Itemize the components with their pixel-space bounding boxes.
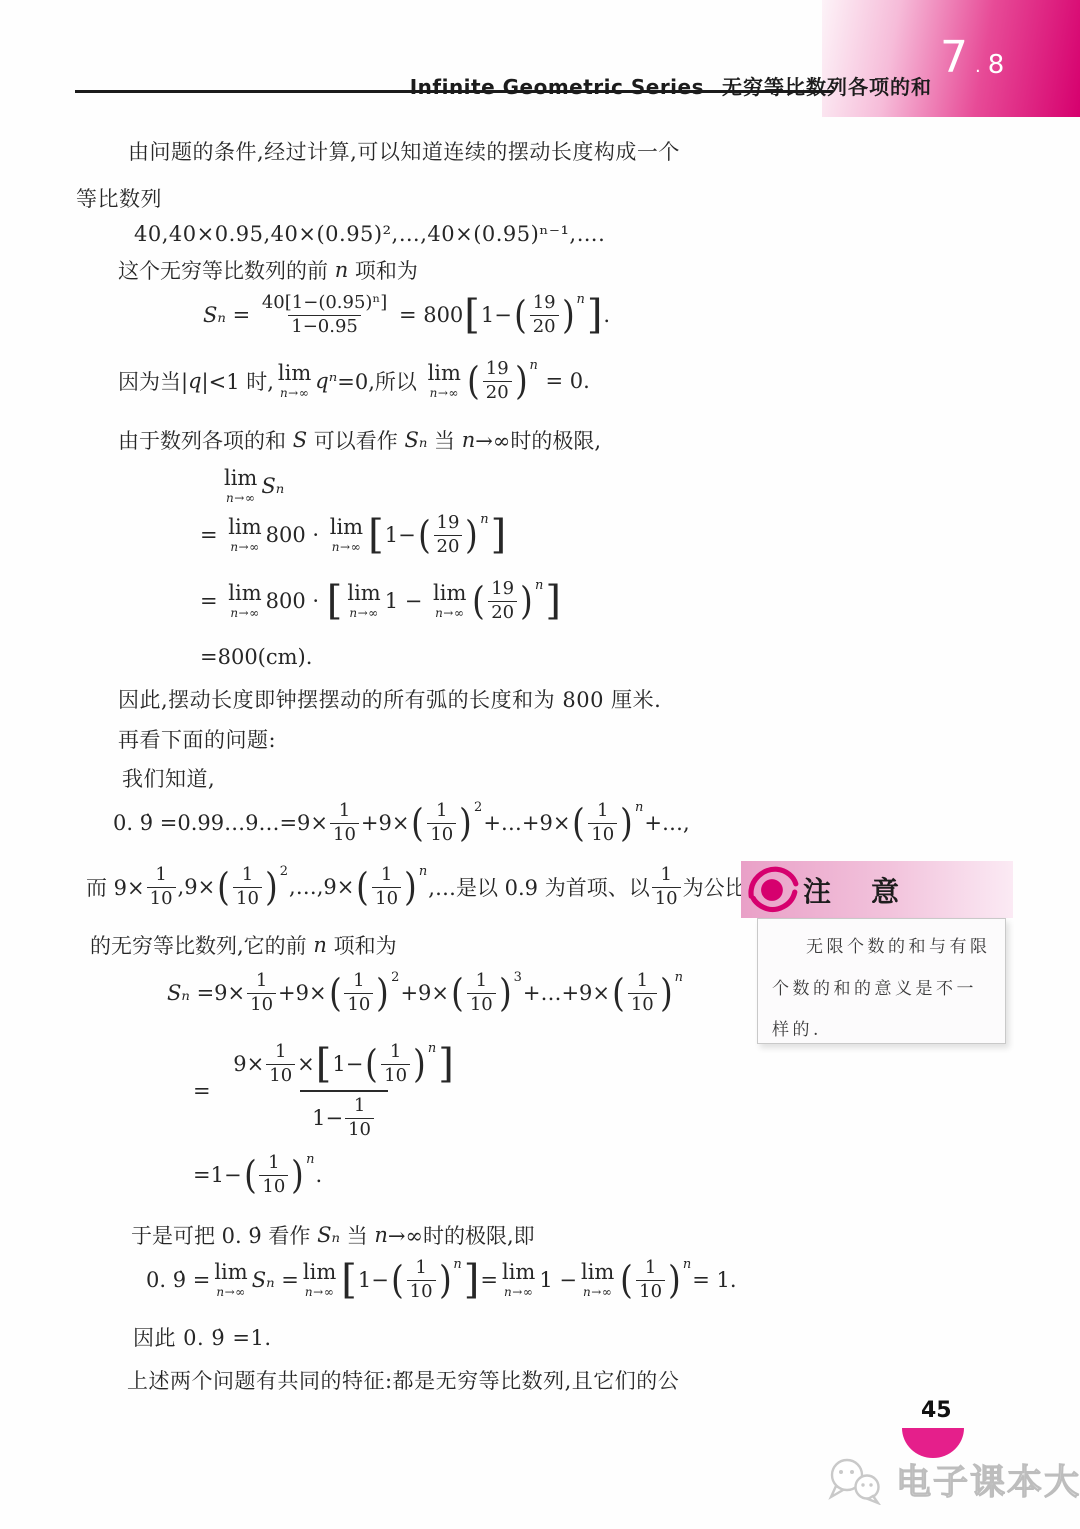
math-token: ( [418,519,431,551]
math-token: lim [347,583,380,604]
math-token: 3 [514,970,522,985]
math-token: ( [365,1048,378,1080]
math-token: (110)n [355,864,427,910]
math-token: ( [573,807,586,839]
math-token: n [529,358,537,373]
math-token: limn→∞ [502,1262,535,1298]
math-token: 10 [636,1280,665,1304]
math-token: 10 [588,823,617,847]
math-token: 110 [636,1257,665,1303]
math-token: 10 [345,1118,374,1142]
math-token: limn→∞ [303,1262,336,1298]
formula-result-800: =800(cm). [200,645,312,669]
section-number-major: 7 [940,36,968,80]
math-token: ) [499,977,512,1009]
math-token: n→∞ [216,1286,245,1298]
math-token: ] [587,298,603,332]
note-title: 注 意 [803,870,905,910]
math-token: 由于数列各项的和 [118,425,293,455]
math-token: =9× [190,981,245,1005]
paragraph-sum-as-limit: 由于数列各项的和 S 可以看作 Sₙ 当 n→∞时的极限, [118,425,601,455]
math-token: 1 − [385,589,429,613]
math-token: 这个无穷等比数列的前 [118,255,335,285]
math-token: 10 [427,823,456,847]
math-token: 10 [247,993,276,1017]
math-token: 10 [372,887,401,911]
header-title-en: Infinite Geometric Series [410,75,704,99]
math-token: ) [660,977,673,1009]
math-token: ,9× [178,875,216,899]
math-token: 1− [481,303,512,327]
formula-one-minus: =1−(110)n. [193,1152,322,1198]
math-token: ) [265,871,278,903]
math-token: (110)n [243,1152,315,1198]
math-token: |<1 时, [202,366,274,396]
math-token: ) [404,871,417,903]
header-title-zh: 无穷等比数列各项的和 [722,75,932,99]
math-token: 20 [483,381,512,405]
math-token: n [635,800,643,815]
math-token: 110 [266,1041,295,1087]
math-token: 19 [434,512,463,535]
math-token: 1 − [539,1268,577,1292]
math-token: ] [438,1047,454,1081]
math-token: 1 [350,970,367,993]
math-token: 1 [265,1152,282,1175]
math-token: lim [278,363,311,384]
math-token: 2 [280,864,288,879]
math-token: n [535,578,543,593]
math-token: 110 [628,970,657,1016]
math-token: Sₙ [317,1223,340,1247]
math-token: Sₙ [261,474,284,498]
math-token: 110 [407,1257,436,1303]
page-number: 45 [921,1398,952,1423]
math-token: limn→∞ [428,363,461,399]
math-token: 于是可把 0. 9̇ 看作 [131,1220,317,1250]
math-token: 1 [272,1041,289,1064]
math-token: 1920 [488,578,517,624]
math-token: q [188,369,201,393]
math-token: 可以看作 [307,425,404,455]
math-token: ] [491,518,507,552]
math-token: [ [316,1047,332,1081]
math-token: n→∞ [504,1286,533,1298]
math-token: = [480,1268,498,1292]
math-token: ) [413,1048,426,1080]
math-token: 20 [530,315,559,339]
math-token: +9× [361,811,410,835]
math-token: Sₙ [167,981,190,1005]
math-token: 10 [652,887,681,911]
math-token: 1−0.95 [288,315,361,339]
math-token: limn→∞ [228,517,261,553]
math-token: =1− [193,1163,242,1187]
math-token: ) [459,807,472,839]
math-token: ,…,9× [289,875,354,899]
math-token: 110 [588,800,617,846]
math-token: n→∞ [230,541,259,553]
math-token: n→∞ [230,607,259,619]
formula-sequence-40: 40,40×0.95,40×(0.95)²,…,40×(0.95)ⁿ⁻¹,…. [134,221,605,248]
math-token: 110 [381,1041,410,1087]
math-token: 因为当| [118,366,188,396]
math-token: [ [341,1263,357,1297]
math-token: 10 [344,993,373,1017]
math-token: n [675,970,683,985]
math-token: 19 [488,578,517,601]
math-token: limn→∞ [224,468,257,504]
math-token: 110 [147,864,176,910]
math-token: 1 [412,1257,429,1280]
math-token: 2 [391,970,399,985]
math-token: 1− [312,1105,343,1131]
math-token: = [200,589,224,613]
math-token: 1 [433,800,450,823]
math-token: 当 [340,1220,374,1250]
math-token: 20 [434,535,463,559]
paragraph-therefore-limit: 于是可把 0. 9̇ 看作 Sₙ 当 n→∞时的极限,即 [131,1220,535,1250]
math-token: = [226,303,257,327]
math-token: ( [467,365,480,397]
math-token: Sₙ [252,1268,275,1292]
math-token: ( [412,807,425,839]
formula-sn-40: Sₙ = 40[1−(0.95)ⁿ]1−0.95 = 800[1−(1920)n… [203,292,610,338]
math-token: n [683,1257,691,1272]
math-token: →∞时的极限, [475,425,601,455]
math-token: 而 9× [86,872,145,902]
math-token: 110 [259,1152,288,1198]
math-token: 110 [652,864,681,910]
paragraph-series-terms-2: 的无穷等比数列,它的前 n 项和为 [90,930,397,960]
math-token: limn→∞ [433,583,466,619]
math-token: 10 [147,887,176,911]
math-token: 1 [253,970,270,993]
math-token: ( [451,977,464,1009]
math-token: lim [428,363,461,384]
math-token: ] [464,1263,480,1297]
math-token: =0,所以 [337,366,423,396]
paragraph-common-feature: 上述两个问题有共同的特征:都是无穷等比数列,且它们的公 [127,1368,679,1395]
math-token: limn→∞ [330,517,363,553]
paragraph-we-know: 我们知道, [122,766,215,793]
math-token: n [462,428,476,452]
math-token: . [316,1163,323,1187]
math-token: ) [376,977,389,1009]
math-token: n [335,258,349,282]
math-token: qⁿ [315,369,337,393]
math-token: 的无穷等比数列,它的前 [90,930,313,960]
math-token: lim [330,517,363,538]
note-banner: 注 意 [741,861,1013,918]
math-token: ] [545,584,561,618]
paragraph-intro-1: 由问题的条件,经过计算,可以知道连续的摆动长度构成一个 [128,139,680,166]
math-token: limn→∞ [214,1262,247,1298]
math-token: 110 [330,800,359,846]
math-token: 9×110×[1−(110)n] [221,1038,467,1090]
math-token: ) [562,299,575,331]
math-token: n→∞ [583,1286,612,1298]
math-token: 40[1−(0.95)ⁿ] [259,292,390,315]
math-token: 110 [427,800,456,846]
math-token: 1 [634,970,651,993]
math-token: limn→∞ [347,583,380,619]
math-token: Sₙ [203,303,226,327]
math-token: lim [228,583,261,604]
math-token: ( [391,1264,404,1296]
math-token: lim [502,1262,535,1283]
textbook-page: 7 . 8 Infinite Geometric Series无穷等比数列各项的… [0,0,1080,1529]
math-token: 项和为 [327,930,397,960]
note-card: 无限个数的和与有限个数的和的意义是不一样的. [757,918,1006,1044]
math-token: (1920)n [471,578,543,624]
formula-final-limit: 0. 9̇ =limn→∞Sₙ =limn→∞[1−(110)n]=limn→∞… [146,1257,737,1303]
paragraph-intro-2: 等比数列 [76,186,162,213]
math-token: ( [473,585,486,617]
math-token: 9×110×[1−(110)n]1−110 [221,1038,467,1144]
math-token: limn→∞ [228,583,261,619]
math-token: = 0. [539,369,590,393]
paragraph-therefore-1: 因此 0. 9̇ =1. [133,1325,272,1352]
math-token: 9× [233,1051,264,1077]
formula-lim-step2: = limn→∞800 · [limn→∞1 − limn→∞(1920)n] [200,578,562,624]
math-token: lim [303,1262,336,1283]
math-token: 40[1−(0.95)ⁿ]1−0.95 [259,292,390,338]
math-token: 为公比 [683,872,746,902]
math-token: 1 [336,800,353,823]
section-number: 7 . 8 [940,36,1004,80]
math-token: lim [581,1262,614,1283]
math-token: ) [668,1264,681,1296]
paragraph-sum-intro: 这个无穷等比数列的前 n 项和为 [118,255,418,285]
math-token: ( [620,1264,633,1296]
math-token: (1920)n [466,358,538,404]
math-token: n [306,1152,314,1167]
math-token: 10 [467,993,496,1017]
math-token: 10 [407,1280,436,1304]
math-token: +9× [278,981,327,1005]
math-token: ( [217,871,230,903]
math-token: (110)2 [410,800,482,846]
math-token: n [480,512,488,527]
math-token: 800 · [266,523,326,547]
math-token: = [200,523,224,547]
math-token: 0. 9̇ =0.99…9…=9× [113,811,328,835]
paragraph-conclusion-800: 因此,摆动长度即钟摆摆动的所有弧的长度和为 800 厘米. [118,687,661,714]
math-token: S [293,428,307,452]
page-number-marker [902,1428,964,1458]
header-rule [75,90,833,93]
math-token: 1 [152,864,169,887]
wechat-icon [826,1455,886,1505]
math-token: lim [224,468,257,489]
math-token: ( [329,977,342,1009]
math-token: 1− [358,1268,389,1292]
math-token: 110 [372,864,401,910]
math-token: (110)n [619,1257,691,1303]
math-token: 1− [332,1051,363,1077]
math-token: (110)n [364,1041,436,1087]
math-token: 1 [378,864,395,887]
math-token: ) [466,519,479,551]
math-token: . [603,303,610,327]
math-token: n [576,292,584,307]
math-token: (1920)n [513,292,585,338]
math-token: limn→∞ [581,1262,614,1298]
math-token: +…+9× [523,981,610,1005]
formula-lim-sn: limn→∞Sₙ [220,468,284,504]
math-token: (1920)n [417,512,489,558]
math-token: n [428,1041,436,1057]
math-token: 1920 [434,512,463,558]
math-token: 1920 [483,358,512,404]
math-token: +…, [644,811,689,835]
formula-lim-step1: = limn→∞800 · limn→∞[1−(1920)n] [200,512,507,558]
math-token: = 800 [392,303,463,327]
math-token: n→∞ [430,387,459,399]
math-token: ) [520,585,533,617]
math-token: (110)2 [216,864,288,910]
math-token: n [419,864,427,879]
formula-sn-9: Sₙ =9×110+9×(110)2+9×(110)3+…+9×(110)n [167,970,684,1016]
math-token: n→∞ [435,607,464,619]
math-token: 1920 [530,292,559,338]
math-token: × [297,1051,315,1077]
math-token: →∞时的极限,即 [388,1220,535,1250]
math-token: ) [439,1264,452,1296]
math-token: 1− [385,523,416,547]
math-token: 10 [628,993,657,1017]
math-token: [ [327,584,343,618]
math-token: n→∞ [226,492,255,504]
math-token: 1 [473,970,490,993]
section-number-minor: 8 [988,52,1005,78]
math-token: 0. 9̇ = [146,1268,210,1292]
math-token: limn→∞ [278,363,311,399]
math-token: = 1. [692,1268,736,1292]
math-token: ( [244,1159,257,1191]
math-token: 10 [381,1064,410,1088]
math-token: = [193,1079,217,1103]
math-token: n→∞ [280,387,309,399]
math-token: (110)2 [328,970,400,1016]
math-token: lim [228,517,261,538]
math-token: n→∞ [305,1286,334,1298]
eye-icon [745,861,801,917]
math-token: ) [515,365,528,397]
math-token: 1 [351,1095,368,1118]
math-token: Sₙ [404,428,427,452]
math-token: 10 [330,823,359,847]
math-token: =800(cm). [200,645,312,669]
math-token: [ [368,518,384,552]
math-token: lim [433,583,466,604]
math-token: n [374,1223,388,1247]
math-token: +…+9× [483,811,570,835]
math-token: 10 [233,887,262,911]
math-token: (110)n [390,1257,462,1303]
math-token: 项和为 [348,255,418,285]
math-token: ( [514,299,527,331]
note-body: 无限个数的和与有限个数的和的意义是不一样的. [772,927,991,1052]
math-token: 2 [474,800,482,815]
math-token: 1−110 [300,1090,388,1144]
math-token: 110 [233,864,262,910]
math-token: 1 [657,864,674,887]
math-token: 110 [247,970,276,1016]
math-token: 10 [259,1175,288,1199]
formula-big-fraction: = 9×110×[1−(110)n]1−110 [193,1038,471,1144]
math-token: 1 [594,800,611,823]
math-token: 10 [266,1064,295,1088]
paragraph-next-problem: 再看下面的问题: [118,727,276,754]
math-token: 1 [642,1257,659,1280]
math-token: 20 [488,601,517,625]
math-token: 1 [239,864,256,887]
math-token: = [275,1268,299,1292]
math-token: ) [620,807,633,839]
math-token: [ [464,298,480,332]
paragraph-series-terms: 而 9×110,9×(110)2,…,9×(110)n,…是以 0.9 为首项、… [86,864,746,910]
math-token: 19 [483,358,512,381]
math-token: n→∞ [349,607,378,619]
math-token: ,…是以 0.9 为首项、以 [428,872,649,902]
math-token: n→∞ [332,541,361,553]
math-token: ( [356,871,369,903]
watermark: 电子课本大全 [826,1455,1080,1505]
paragraph-limit-q: 因为当|q|<1 时,limn→∞qⁿ=0,所以 limn→∞(1920)n =… [118,358,590,404]
math-token: 800 · [266,589,326,613]
math-token: 19 [530,292,559,315]
watermark-text: 电子课本大全 [896,1455,1080,1505]
math-token: 当 [427,425,461,455]
math-token: (110)3 [450,970,522,1016]
math-token: 110 [345,1095,374,1141]
math-token: 110 [467,970,496,1016]
math-token: ) [291,1159,304,1191]
formula-repeating-9: 0. 9̇ =0.99…9…=9×110+9×(110)2+…+9×(110)n… [113,800,690,846]
math-token: 1 [387,1041,404,1064]
math-token: ( [612,977,625,1009]
math-token: (110)n [611,970,683,1016]
math-token: n [313,933,327,957]
math-token: lim [214,1262,247,1283]
math-token: n [453,1257,461,1272]
math-token: 110 [344,970,373,1016]
page-header: Infinite Geometric Series无穷等比数列各项的和 [0,52,932,119]
math-token: +9× [400,981,449,1005]
math-token: (110)n [571,800,643,846]
section-number-dot: . [975,58,981,76]
